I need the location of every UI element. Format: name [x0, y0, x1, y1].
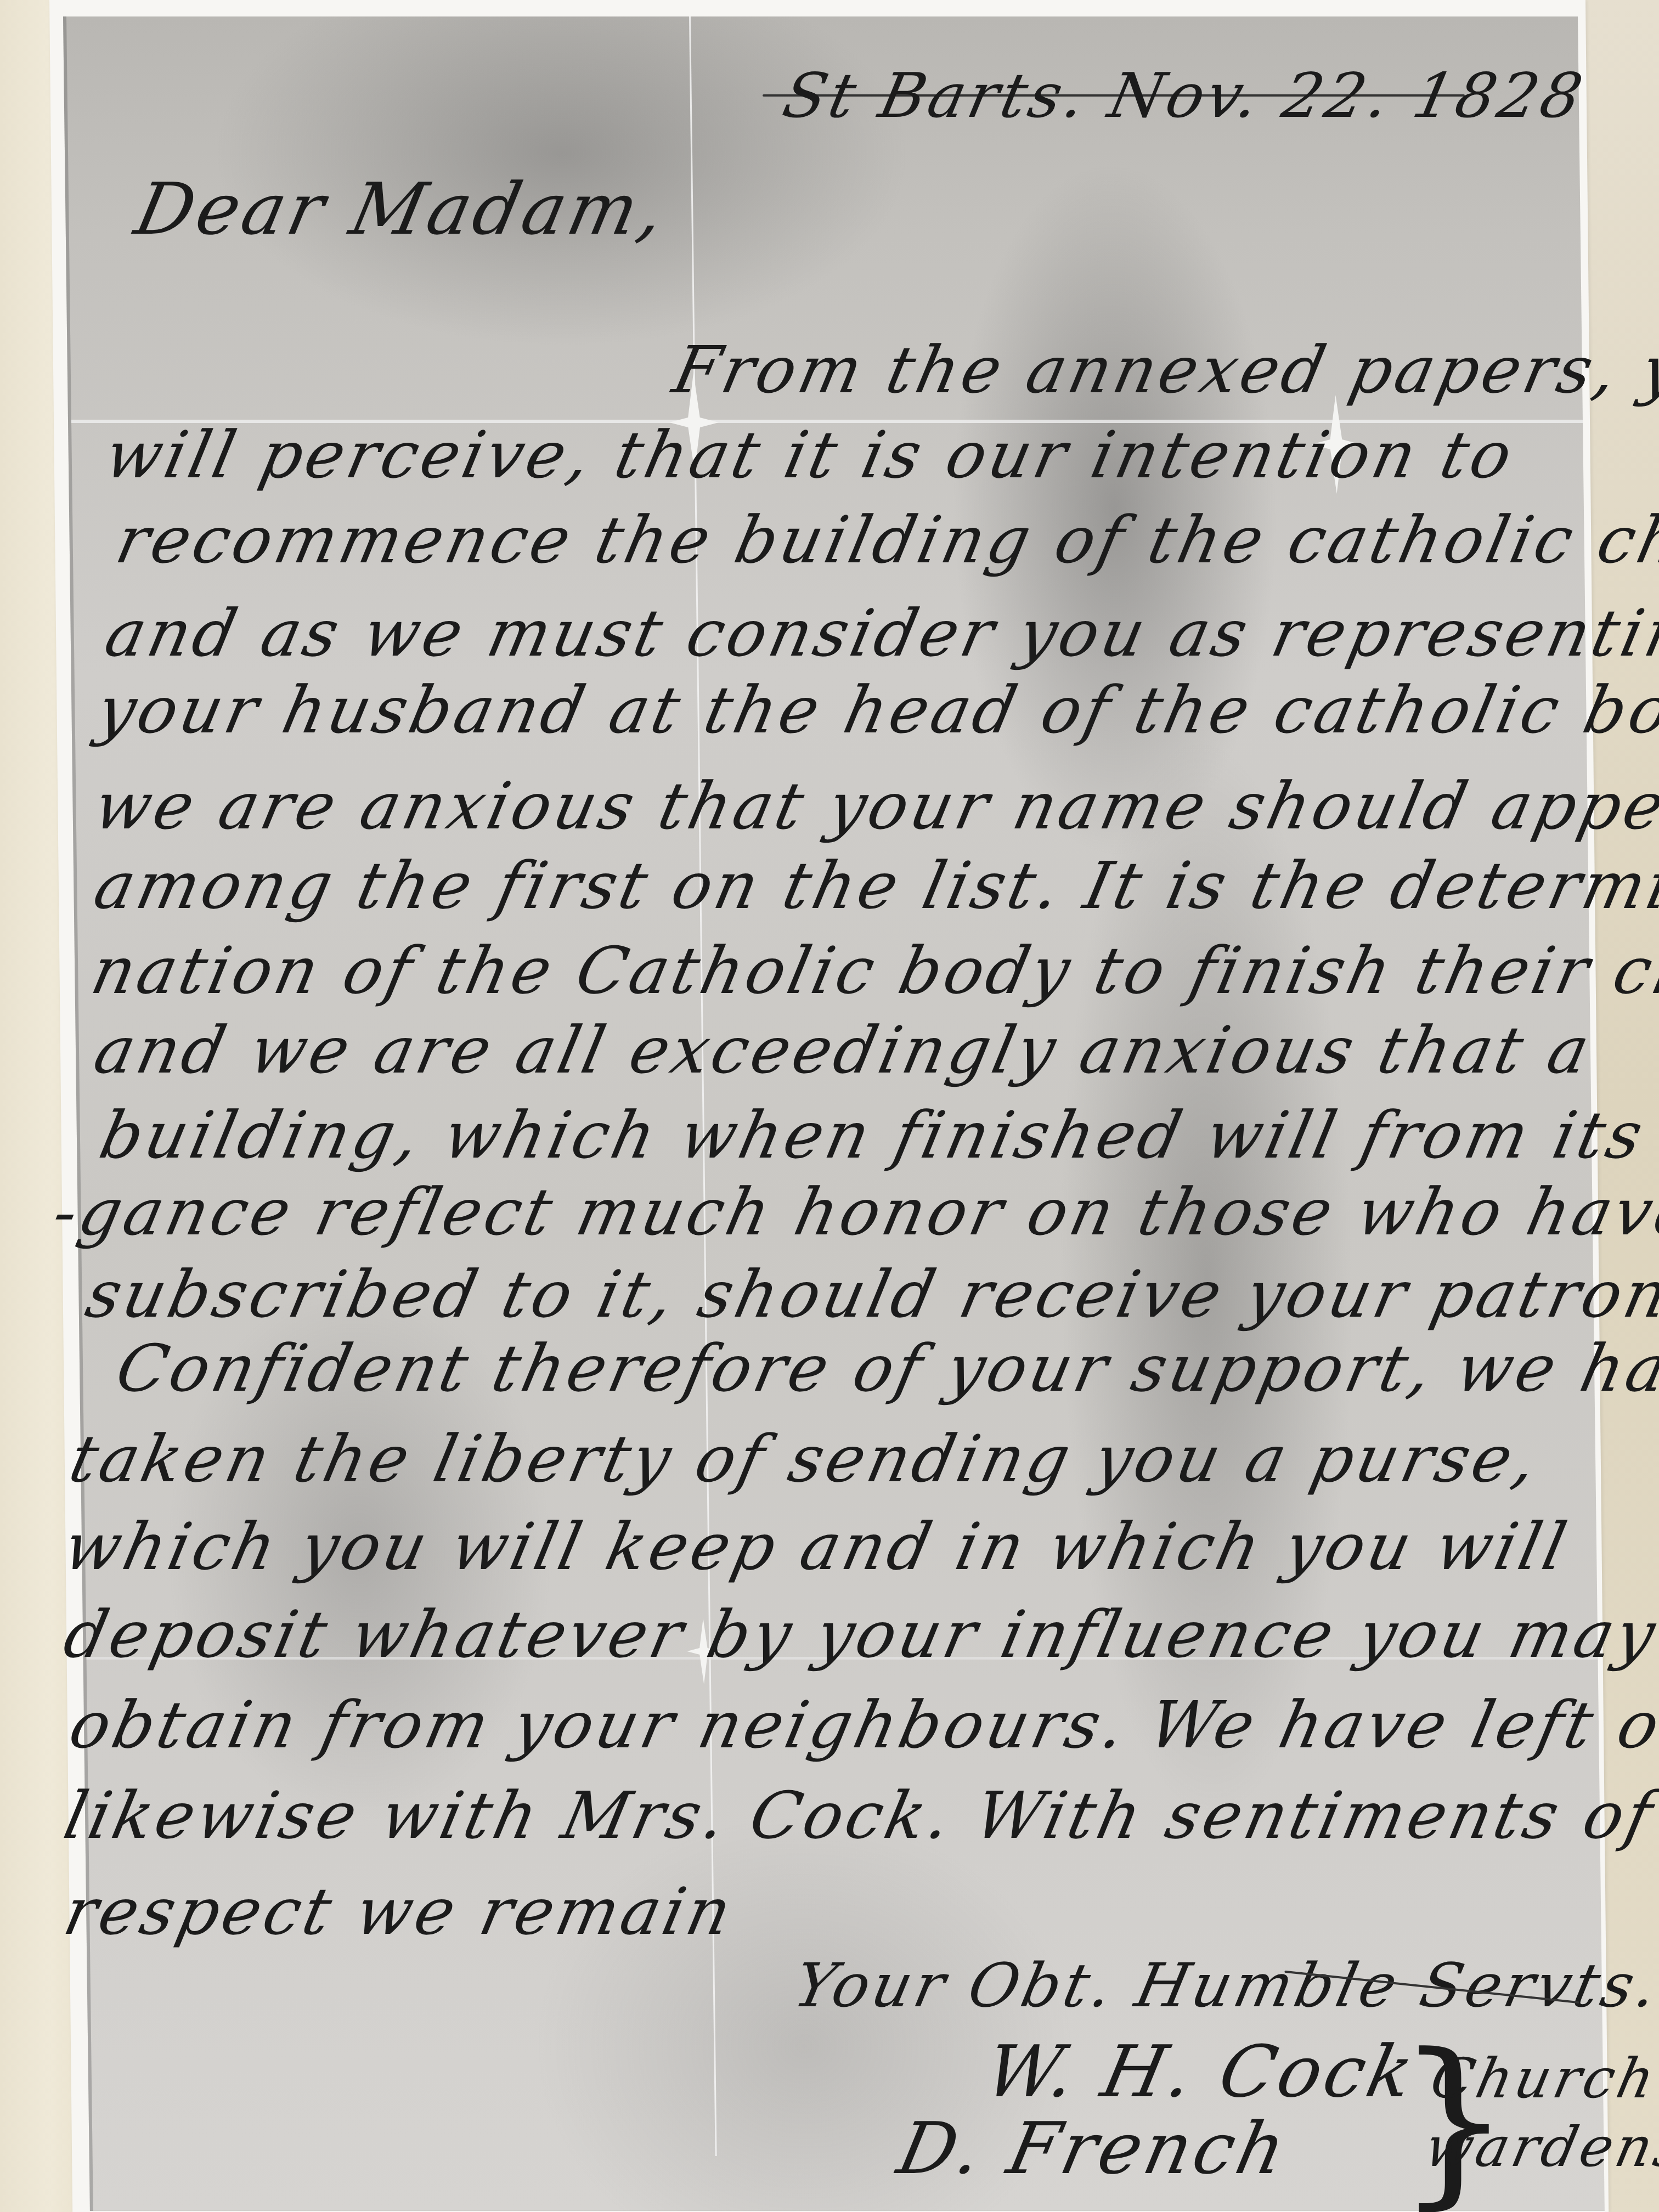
body-line: taken the liberty of sending you a purse…: [63, 1421, 1546, 1497]
body-line: building, which when finished will from …: [93, 1097, 1659, 1173]
body-line: recommence the building of the catholic …: [110, 502, 1659, 578]
body-line: your husband at the head of the catholic…: [91, 672, 1659, 748]
body-line: which you will keep and in which you wil…: [58, 1509, 1576, 1584]
body-line: will perceive, that it is our intention …: [99, 417, 1521, 493]
body-line: obtain from your neighbours. We have lef…: [63, 1687, 1659, 1763]
body-line: From the annexed papers, you: [667, 332, 1659, 408]
salutation: Dear Madam,: [128, 167, 675, 251]
closing: Your Obt. Humble Servts.: [788, 1950, 1659, 2021]
body-line: and we are all exceedingly anxious that …: [88, 1012, 1599, 1088]
signature-french: D. French: [891, 2107, 1296, 2190]
signature-cock: W. H. Cock: [979, 2030, 1424, 2113]
place-date: St Barts. Nov. 22. 1828: [777, 60, 1592, 132]
body-line: Confident therefore of your support, we …: [110, 1330, 1659, 1406]
body-line: and as we must consider you as represent…: [99, 595, 1659, 671]
body-line: -gance reflect much honor on those who h…: [47, 1174, 1659, 1250]
body-line: deposit whatever by your influence you m…: [58, 1596, 1659, 1672]
body-line: nation of the Catholic body to finish th…: [85, 933, 1659, 1008]
body-line: subscribed to it, should receive your pa…: [80, 1256, 1659, 1332]
body-line: likewise with Mrs. Cock. With sentiments…: [58, 1778, 1659, 1853]
signatory-title-line2: wardens: [1420, 2115, 1659, 2179]
body-line: among the first on the list. It is the d…: [88, 848, 1659, 923]
body-line: we are anxious that your name should app…: [88, 768, 1659, 844]
body-line: respect we remain: [58, 1874, 741, 1949]
signatory-title-line1: Church: [1425, 2046, 1659, 2111]
